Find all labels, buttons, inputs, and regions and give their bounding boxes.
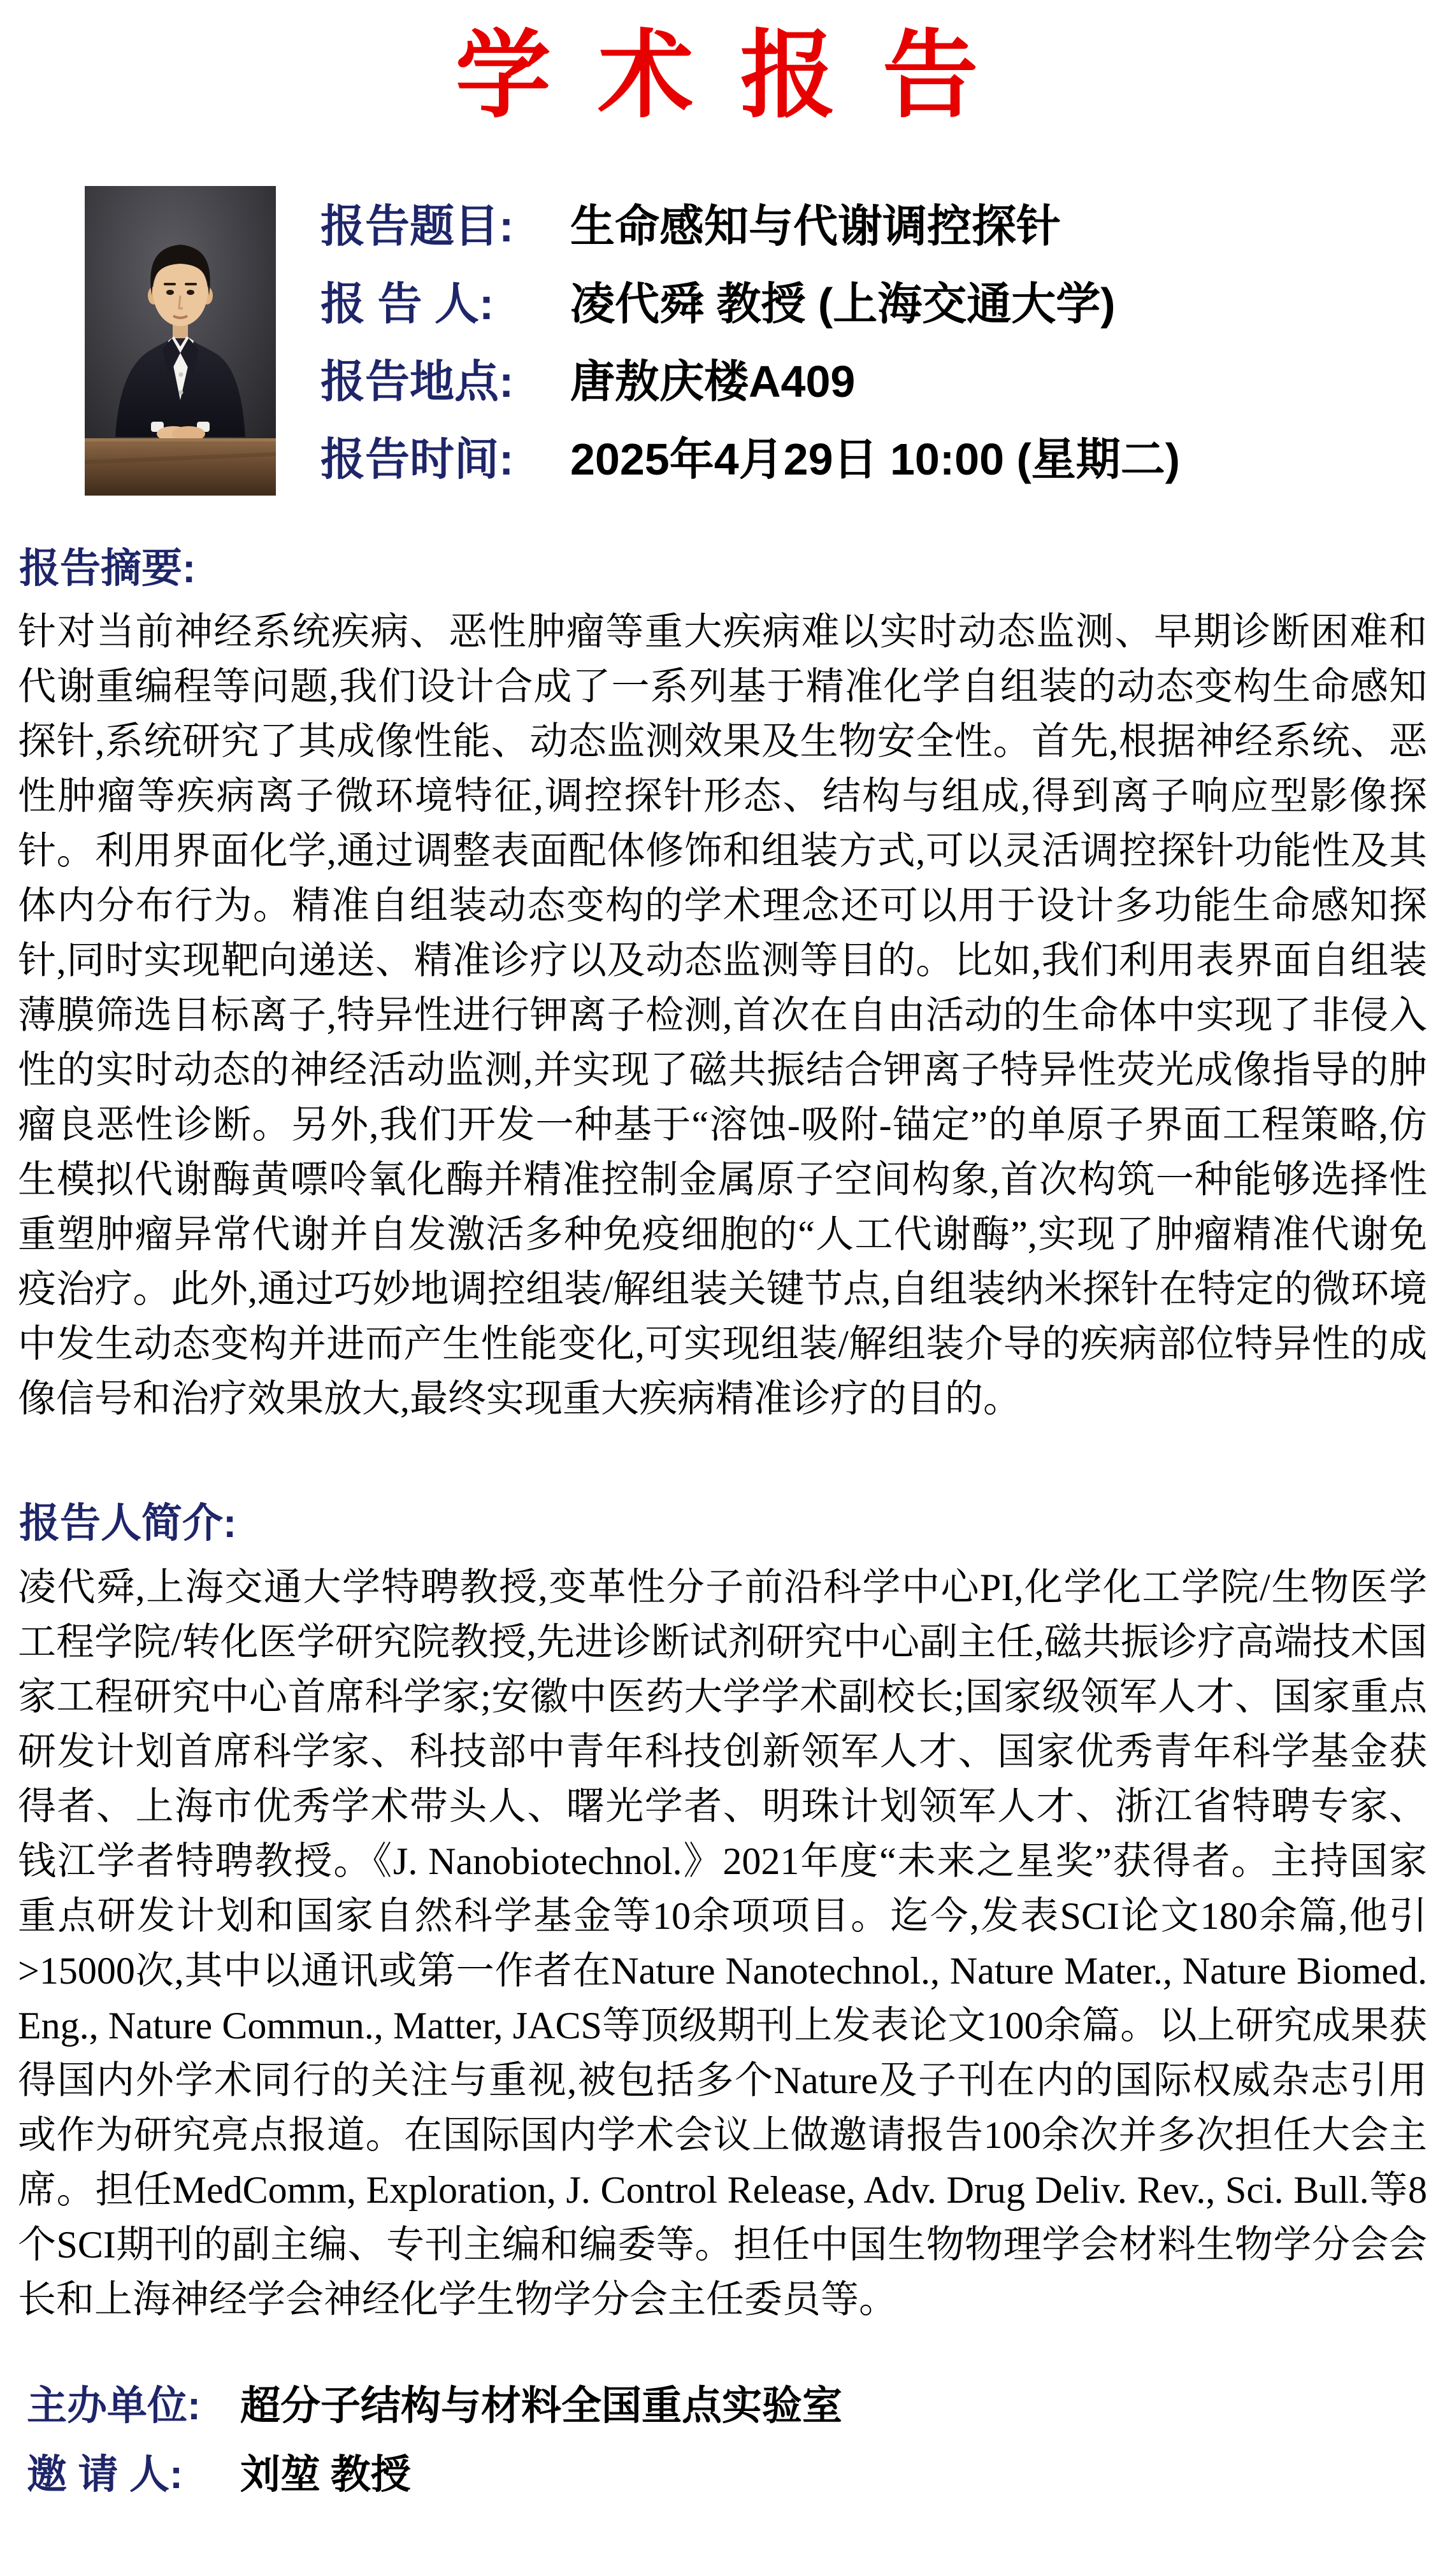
eyebrow — [164, 283, 176, 285]
poster-title: 学 术 报 告 — [18, 27, 1427, 127]
bio-heading: 报告人简介: — [19, 1500, 1427, 1547]
abstract-text: 针对当前神经系统疾病、恶性肿瘤等重大疾病难以实时动态监测、早期诊断困难和代谢重编… — [18, 605, 1427, 1426]
speaker-photo — [85, 186, 276, 496]
info-row-location: 报告地点: 唐敖庆楼A409 — [320, 343, 1180, 420]
bio-text: 凌代舜,上海交通大学特聘教授,变革性分子前沿科学中心PI,化学化工学院/生物医学… — [18, 1560, 1427, 2327]
location-value: 唐敖庆楼A409 — [570, 343, 855, 420]
topic-label: 报告题目: — [320, 187, 570, 265]
info-row-speaker: 报 告 人: 凌代舜 教授 (上海交通大学) — [320, 265, 1180, 343]
eye — [187, 290, 194, 295]
organizer-value: 超分子结构与材料全国重点实验室 — [240, 2372, 842, 2440]
seminar-info: 报告题目: 生命感知与代谢调控探针 报 告 人: 凌代舜 教授 (上海交通大学)… — [320, 186, 1180, 498]
footer-section: 主办单位: 超分子结构与材料全国重点实验室 邀 请 人: 刘堃 教授 — [27, 2372, 1427, 2509]
header-section: 报告题目: 生命感知与代谢调控探针 报 告 人: 凌代舜 教授 (上海交通大学)… — [18, 186, 1427, 498]
shirt-button — [179, 372, 183, 376]
info-row-topic: 报告题目: 生命感知与代谢调控探针 — [320, 187, 1180, 265]
time-value: 2025年4月29日 10:00 (星期二) — [570, 420, 1180, 498]
speaker-label: 报 告 人: — [320, 265, 570, 343]
footer-row-inviter: 邀 请 人: 刘堃 教授 — [27, 2440, 1427, 2509]
location-label: 报告地点: — [320, 343, 570, 420]
inviter-label: 邀 请 人: — [27, 2440, 240, 2509]
inviter-value: 刘堃 教授 — [240, 2440, 411, 2509]
time-label: 报告时间: — [320, 420, 570, 498]
organizer-label: 主办单位: — [27, 2372, 240, 2440]
abstract-heading: 报告摘要: — [19, 545, 1427, 592]
footer-row-organizer: 主办单位: 超分子结构与材料全国重点实验室 — [27, 2372, 1427, 2440]
speaker-portrait-illustration — [85, 186, 276, 496]
eye — [166, 290, 174, 295]
table — [85, 438, 276, 496]
topic-value: 生命感知与代谢调控探针 — [570, 187, 1061, 265]
seminar-poster: 学 术 报 告 — [0, 0, 1445, 2576]
shirt-button — [179, 390, 183, 394]
info-row-time: 报告时间: 2025年4月29日 10:00 (星期二) — [320, 420, 1180, 498]
speaker-value: 凌代舜 教授 (上海交通大学) — [570, 265, 1116, 343]
eyebrow — [185, 283, 197, 285]
